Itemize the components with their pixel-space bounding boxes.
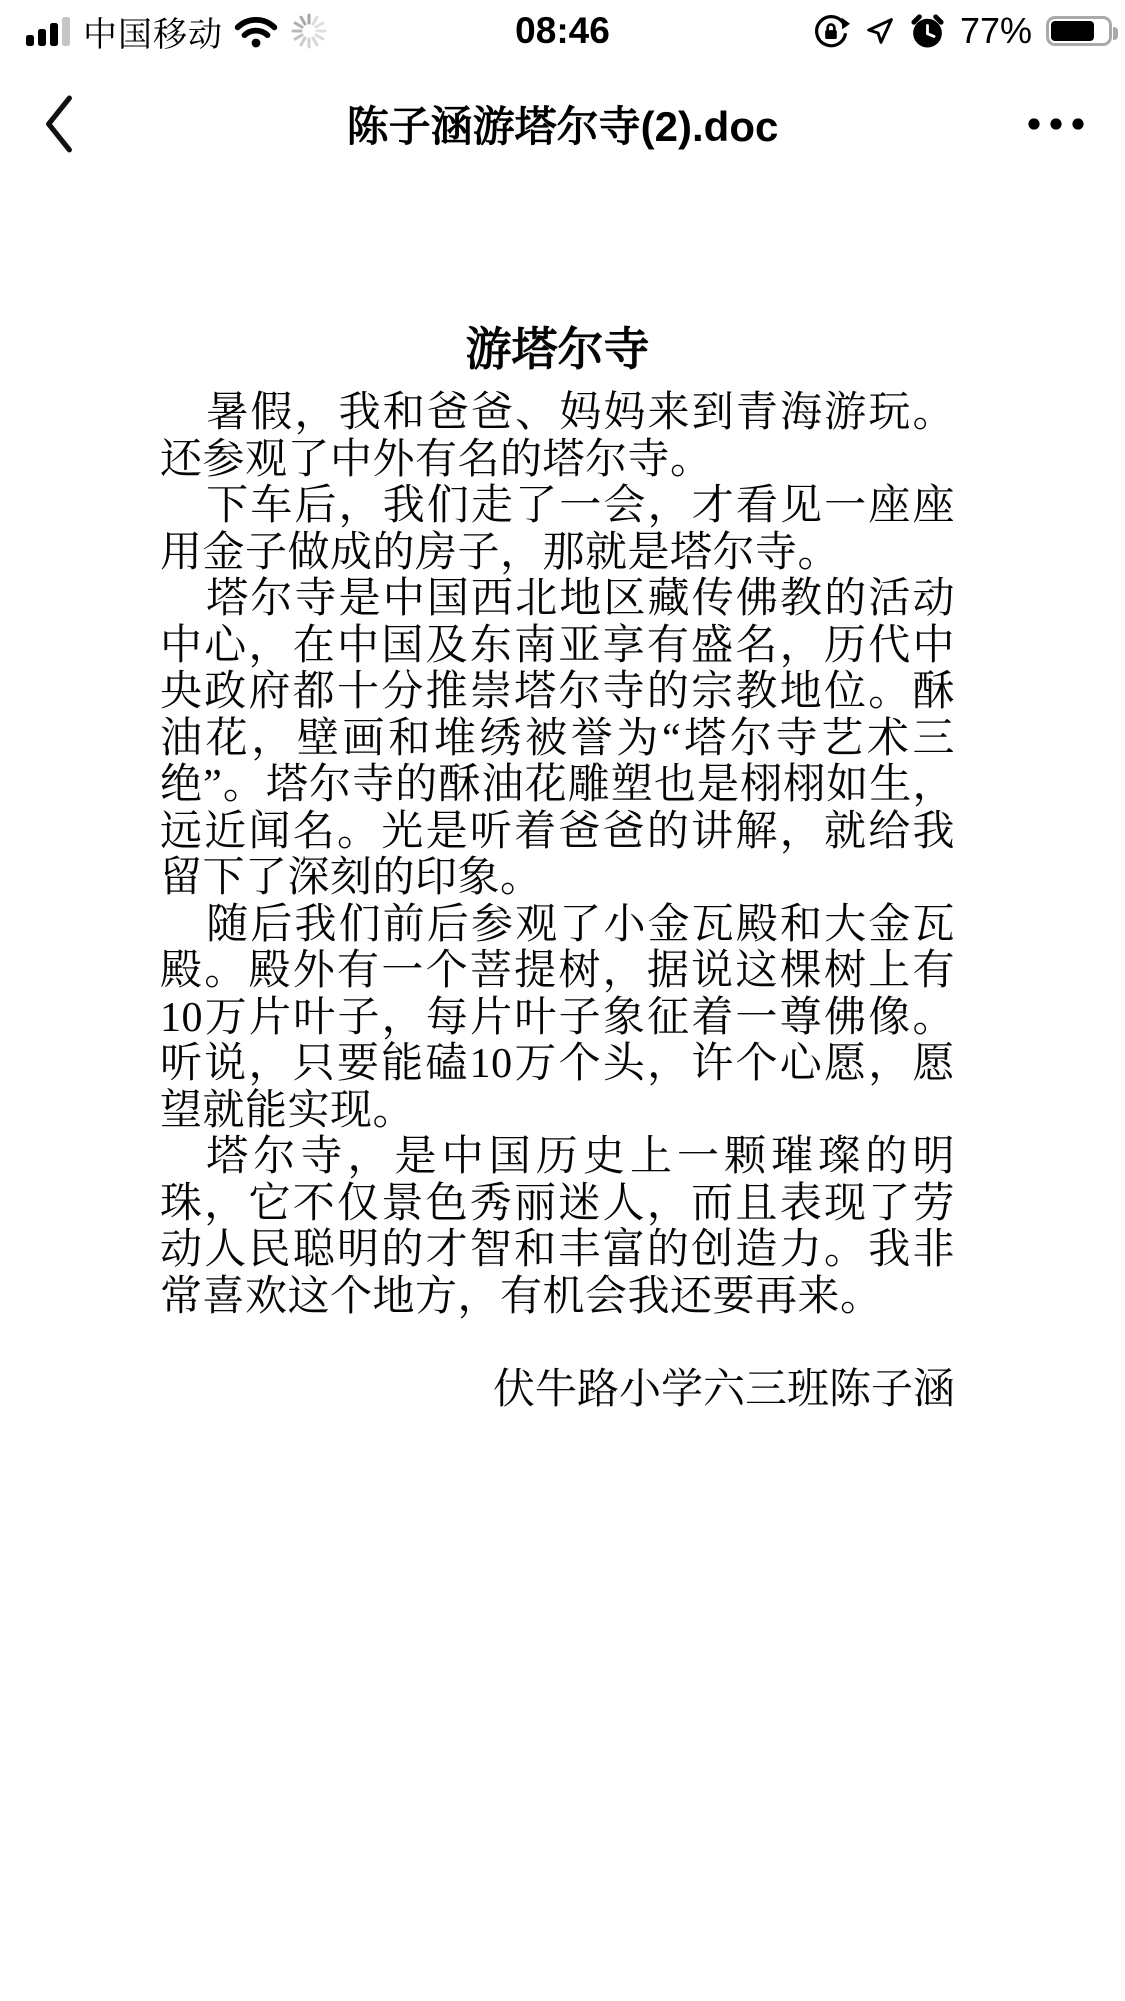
- wifi-icon: [234, 15, 278, 48]
- status-bar-right: 77%: [812, 10, 1112, 52]
- essay-paragraph: 随后我们前后参观了小金瓦殿和大金瓦殿。殿外有一个菩提树，据说这棵树上有10万片叶…: [160, 902, 955, 1135]
- essay-title: 游塔尔寺: [160, 322, 955, 378]
- essay-paragraph: 下车后，我们走了一会，才看见一座座用金子做成的房子，那就是塔尔寺。: [160, 483, 955, 576]
- essay-paragraph: 塔尔寺，是中国历史上一颗璀璨的明珠，它不仅景色秀丽迷人，而且表现了劳动人民聪明的…: [160, 1134, 955, 1320]
- screen: 中国移动: [0, 0, 1125, 2001]
- chevron-left-icon: [44, 95, 74, 153]
- nav-bar: 陈子涵游塔尔寺(2).doc: [0, 84, 1125, 164]
- location-arrow-icon: [864, 16, 895, 47]
- battery-fill: [1051, 21, 1094, 41]
- essay-paragraph: 塔尔寺是中国西北地区藏传佛教的活动中心，在中国及东南亚享有盛名，历代中央政府都十…: [160, 576, 955, 902]
- cellular-signal-icon: [26, 15, 72, 47]
- essay-paragraph: 暑假，我和爸爸、妈妈来到青海游玩。还参观了中外有名的塔尔寺。: [160, 390, 955, 483]
- loading-spinner-icon: [289, 11, 329, 51]
- battery-icon: [1046, 16, 1112, 46]
- orientation-lock-icon: [812, 12, 850, 50]
- status-bar-left: 中国移动: [26, 7, 329, 56]
- battery-nub: [1113, 27, 1118, 40]
- ellipsis-icon: [1027, 117, 1085, 131]
- battery-percent-label: 77%: [960, 10, 1032, 52]
- document-content[interactable]: 游塔尔寺 暑假，我和爸爸、妈妈来到青海游玩。还参观了中外有名的塔尔寺。 下车后，…: [160, 322, 955, 1414]
- alarm-clock-icon: [909, 13, 946, 50]
- essay-signature: 伏牛路小学六三班陈子涵: [160, 1367, 955, 1414]
- carrier-label: 中国移动: [83, 7, 223, 56]
- more-button[interactable]: [1027, 84, 1085, 164]
- file-title: 陈子涵游塔尔寺(2).doc: [347, 94, 779, 154]
- status-bar: 中国移动: [0, 0, 1125, 56]
- back-button[interactable]: [44, 84, 74, 164]
